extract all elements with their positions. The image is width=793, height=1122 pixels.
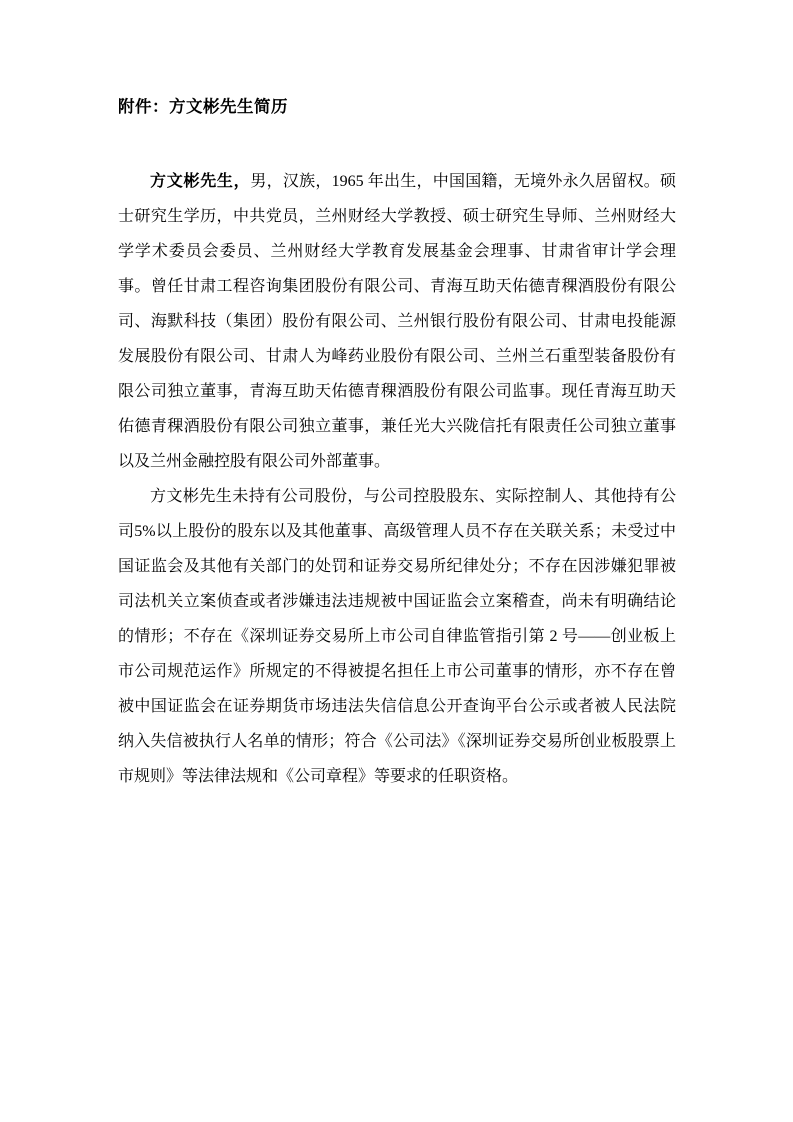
- document-content: 附件：方文彬先生简历 方文彬先生，男，汉族，1965 年出生，中国国籍，无境外永…: [118, 96, 676, 794]
- paragraph-biography-lead-bold: 方文彬先生，: [150, 173, 250, 190]
- paragraph-biography: 方文彬先生，男，汉族，1965 年出生，中国国籍，无境外永久居留权。硕士研究生学…: [118, 164, 676, 479]
- paragraph-biography-text: 男，汉族，1965 年出生，中国国籍，无境外永久居留权。硕士研究生学历，中共党员…: [118, 173, 676, 470]
- paragraph-qualification: 方文彬先生未持有公司股份，与公司控股股东、实际控制人、其他持有公司5%以上股份的…: [118, 479, 676, 794]
- paragraph-qualification-text: 方文彬先生未持有公司股份，与公司控股股东、实际控制人、其他持有公司5%以上股份的…: [118, 488, 676, 785]
- document-page: 附件：方文彬先生简历 方文彬先生，男，汉族，1965 年出生，中国国籍，无境外永…: [0, 0, 793, 1122]
- page-title: 附件：方文彬先生简历: [118, 96, 676, 118]
